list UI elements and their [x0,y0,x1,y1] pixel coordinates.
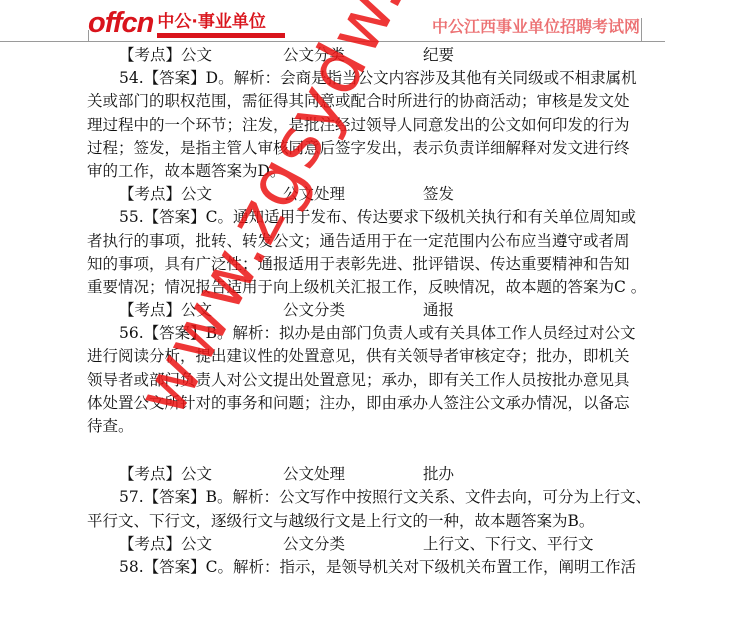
answer-line: 领导者或部门负责人对公文提出处置意见；承办，即有关工作人员按批办意见具 [87,369,647,392]
logo-brand: offcn [88,8,153,38]
answer-line: 55.【答案】C。通知适用于发布、传达要求下级机关执行和有关单位周知或 [87,206,647,229]
offcn-logo: offcn 中公·事业单位 [88,4,285,38]
answer-line: 者执行的事项，批转、转发公文；通告适用于在一定范围内公布应当遵守或者周 [87,230,647,253]
answer-line: 待查。 [87,415,647,438]
answer-line: 重要情况；情况报告适用于向上级机关汇报工作，反映情况，故本题的答案为C 。 [87,276,647,299]
kaodian-row: 【考点】公文公文处理批办 [87,463,647,486]
logo-text: 中公·事业单位 [157,13,285,32]
spacer [87,438,647,463]
document-body: 【考点】公文公文分类纪要 54.【答案】D。解析：会商是指当公文内容涉及其他有关… [87,44,647,579]
answer-line: 体处置公文所针对的事务和问题；注办，即由承办人签注公文承办情况，以备忘 [87,392,647,415]
kaodian-row: 【考点】公文公文处理签发 [87,183,647,206]
answer-line: 关或部门的职权范围，需征得其同意或配合时所进行的协商活动；审核是发文处 [87,90,647,113]
answer-line: 57.【答案】B。解析：公文写作中按照行文关系、文件去向，可分为上行文、 [87,486,647,509]
answer-line: 54.【答案】D。解析：会商是指当公文内容涉及其他有关同级或不相隶属机 [87,67,647,90]
site-title-rule-h [641,41,665,42]
logo-subbar [157,33,285,38]
answer-line: 过程；签发，是指主管人审核同意后签字发出，表示负责详细解释对发文进行终 [87,137,647,160]
kaodian-row: 【考点】公文公文分类上行文、下行文、平行文 [87,533,647,556]
answer-line: 知的事项，具有广泛性；通报适用于表彰先进、批评错误、传达重要精神和告知 [87,253,647,276]
kaodian-row: 【考点】公文公文分类纪要 [87,44,647,67]
page-header: offcn 中公·事业单位 中公江西事业单位招聘考试网 [0,0,732,44]
answer-line: 56.【答案】B。解析：拟办是由部门负责人或有关具体工作人员经过对公文 [87,322,647,345]
answer-line: 进行阅读分析，提出建议性的处置意见，供有关领导者审核定夺；批办，即机关 [87,345,647,368]
answer-line: 理过程中的一个环节；注发，是批注经过领导人同意发出的公文如何印发的行为 [87,114,647,137]
site-title-rule [641,18,642,42]
answer-line: 平行文、下行文，逐级行文与越级行文是上行文的一种，故本题答案为B。 [87,510,647,533]
answer-line: 审的工作，故本题答案为D。 [87,160,647,183]
site-title: 中公江西事业单位招聘考试网 [432,14,640,37]
header-rule [0,41,642,42]
kaodian-row: 【考点】公文公文分类通报 [87,299,647,322]
answer-line: 58.【答案】C。解析：指示，是领导机关对下级机关布置工作，阐明工作活 [87,556,647,579]
